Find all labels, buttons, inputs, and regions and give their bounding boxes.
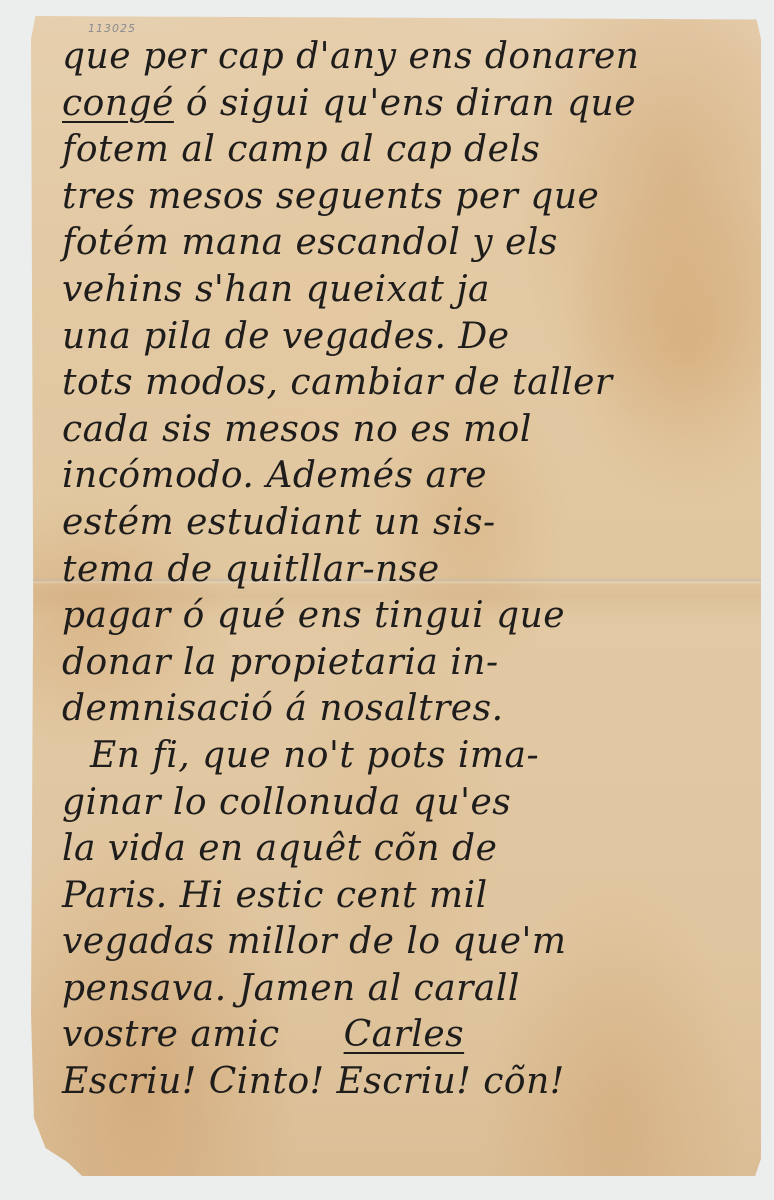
letter-line-2: congé ó sigui qu'ens diran que xyxy=(62,81,752,128)
signature: Carles xyxy=(344,1012,465,1058)
letter-line-18: la vida en aquêt cõn de xyxy=(62,826,752,873)
letter-line-5: fotém mana escandol y els xyxy=(62,220,752,267)
letter-line-19: Paris. Hi estic cent mil xyxy=(62,873,752,920)
letter-line-6: vehins s'han queixat ja xyxy=(62,267,752,314)
letter-line-11: estém estudiant un sis- xyxy=(62,500,752,547)
letter-line-10: incómodo. Ademés are xyxy=(62,453,752,500)
letter-line-3: fotem al camp al cap dels xyxy=(62,127,752,174)
letter-line-17: ginar lo collonuda qu'es xyxy=(62,780,752,827)
underlined-word: congé xyxy=(62,83,174,124)
postscript-line: Escriu! Cinto! Escriu! cõn! xyxy=(62,1059,752,1106)
closing-line: vostre amic Carles xyxy=(62,1012,752,1059)
letter-line-20: vegadas millor de lo que'm xyxy=(62,919,752,966)
letter-line-9: cada sis mesos no es mol xyxy=(62,407,752,454)
letter-line-21: pensava. Jamen al carall xyxy=(62,966,752,1013)
letter-body: que per cap d'any ens donaren congé ó si… xyxy=(62,34,752,1106)
letter-line-8: tots modos, cambiar de taller xyxy=(62,360,752,407)
letter-line-13: pagar ó qué ens tingui que xyxy=(62,593,752,640)
letter-line-14: donar la propietaria in- xyxy=(62,640,752,687)
letter-line-1: que per cap d'any ens donaren xyxy=(62,34,752,81)
letter-line-12: tema de quitllar-nse xyxy=(62,547,752,594)
letter-line-4: tres mesos seguents per que xyxy=(62,174,752,221)
letter-line-15: demnisació á nosaltres. xyxy=(62,686,752,733)
letter-line-16: En fi, que no't pots ima- xyxy=(62,733,752,780)
scan-background: 113025 que per cap d'any ens donaren con… xyxy=(0,0,774,1200)
letter-line-2-rest: ó sigui qu'ens diran que xyxy=(174,83,636,124)
closing-text: vostre amic xyxy=(62,1012,280,1058)
letter-line-7: una pila de vegades. De xyxy=(62,314,752,361)
